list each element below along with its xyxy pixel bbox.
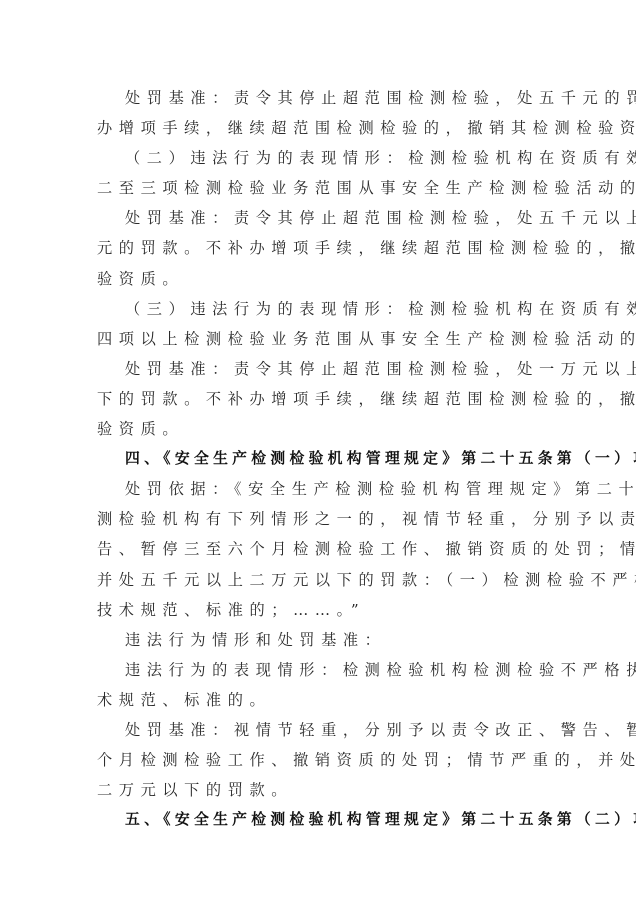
paragraph-line: 验资质。	[97, 416, 541, 446]
paragraph-line: 处罚基准：责令其停止超范围检测检验，处五千元的罚款。不补	[97, 85, 541, 115]
page-number: 81	[0, 815, 636, 825]
paragraph-line: 并处五千元以上二万元以下的罚款：（一）检测检验不严格执行相关	[97, 567, 541, 597]
paragraph-line: 违法行为的表现情形：检测检验机构检测检验不严格执行相关技	[97, 657, 541, 687]
paragraph-line: 违法行为情形和处罚基准：	[97, 627, 541, 657]
paragraph-line: 元的罚款。不补办增项手续，继续超范围检测检验的，撤销其检测检	[97, 235, 541, 265]
paragraph-line: 个月检测检验工作、撤销资质的处罚；情节严重的，并处五千元以上	[97, 747, 541, 777]
paragraph-line: 处罚基准：责令其停止超范围检测检验，处五千元以上少于一万	[97, 205, 541, 235]
document-body: 处罚基准：责令其停止超范围检测检验，处五千元的罚款。不补 办增项手续，继续超范围…	[97, 85, 541, 837]
paragraph-line: 二至三项检测检验业务范围从事安全生产检测检验活动的。	[97, 175, 541, 205]
paragraph-line: 处罚基准：责令其停止超范围检测检验，处一万元以上二万元以	[97, 356, 541, 386]
paragraph-line: 验资质。	[97, 266, 541, 296]
section-heading-4: 四、《安全生产检测检验机构管理规定》第二十五条第（一）项	[97, 446, 541, 476]
paragraph-line: 办增项手续，继续超范围检测检验的，撤销其检测检验资质。	[97, 115, 541, 145]
paragraph-line: 处罚依据：《安全生产检测检验机构管理规定》第二十五条：“检	[97, 476, 541, 506]
paragraph-line: 四项以上检测检验业务范围从事安全生产检测检验活动的。	[97, 326, 541, 356]
paragraph-line: （三）违法行为的表现情形：检测检验机构在资质有效期内超出	[97, 296, 541, 326]
paragraph-line: 二万元以下的罚款。	[97, 777, 541, 807]
paragraph-line: 处罚基准：视情节轻重，分别予以责令改正、警告、暂停三至六	[97, 717, 541, 747]
paragraph-line: 下的罚款。不补办增项手续，继续超范围检测检验的，撤销其检测检	[97, 386, 541, 416]
paragraph-line: 告、暂停三至六个月检测检验工作、撤销资质的处罚；情节严重的，	[97, 536, 541, 566]
paragraph-line: 术规范、标准的。	[97, 687, 541, 717]
paragraph-line: 测检验机构有下列情形之一的，视情节轻重，分别予以责令改正、警	[97, 506, 541, 536]
paragraph-line: （二）违法行为的表现情形：检测检验机构在资质有效期内超出	[97, 145, 541, 175]
paragraph-line: 技术规范、标准的；……。”	[97, 597, 541, 627]
